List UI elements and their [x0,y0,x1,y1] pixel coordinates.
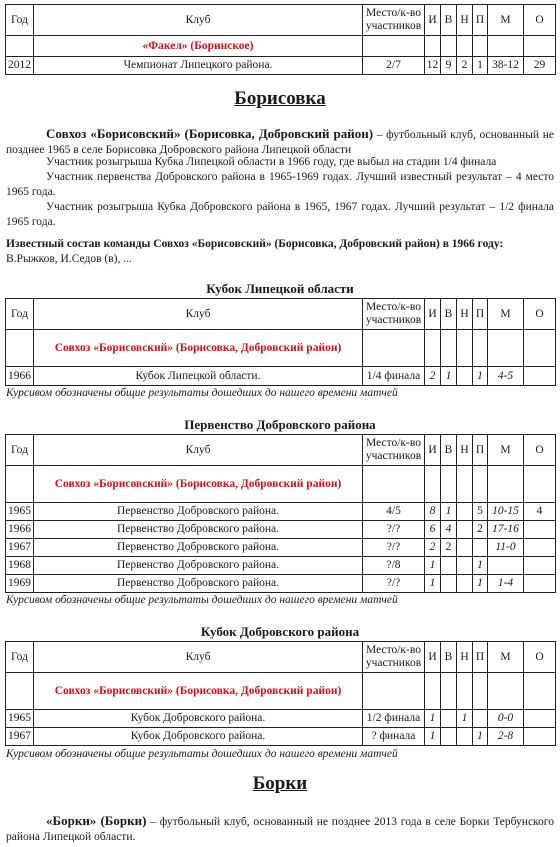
table-header-row: Год Клуб Место/к-воучастников И В Н П М … [6,642,556,673]
header-losses: П [473,5,488,36]
table-cup-lipetsk: Год Клуб Место/к-воучастников И В Н П М … [5,298,556,386]
club-name-row: «Факел» (Боринское) [6,36,556,57]
header-draws: Н [457,5,473,36]
table-row: 1969Первенство Добровского района.?/?111… [6,575,556,593]
table-row: 1966 Кубок Липецкой области. 1/4 финала … [6,367,556,386]
borki-intro: «Борки» (Борки) – футбольный клуб, основ… [6,813,554,845]
header-club: Клуб [34,5,363,36]
borisovka-squad: Известный состав команды Совхоз «Борисов… [6,237,554,267]
club-name: Совхоз «Борисовский» (Борисовка, Добровс… [34,466,363,503]
header-wins: В [441,5,457,36]
club-name-row: Совхоз «Борисовский» (Борисовка, Добровс… [6,673,556,710]
header-place: Место/к-воучастников [363,5,425,36]
table-title-champ-dobrovsky: Первенство Добровского района [0,417,560,433]
borisovka-para-cup-dobrovsky: Участник розыгрыша Кубка Добровского рай… [6,200,554,230]
table-champ-dobrovsky: Год Клуб Место/к-воучастников И В Н П М … [5,434,556,593]
club-name: «Факел» (Боринское) [34,36,363,57]
header-points: О [524,5,556,36]
table-row: 1967Кубок Добровского района.? финала112… [6,728,556,746]
table-row: 2012 Чемпионат Липецкого района. 2/7 12 … [6,57,556,75]
borisovka-para-championship: Участник первенства Добровского района в… [6,170,554,200]
header-goals: М [488,5,524,36]
table-row: 1968Первенство Добровского района.?/811 [6,557,556,575]
italic-note: Курсивом обозначены общие результаты дош… [6,748,398,760]
club-name-row: Совхоз «Борисовский» (Борисовка, Добровс… [6,466,556,503]
table-row: 1965Кубок Добровского района.1/2 финала1… [6,710,556,728]
borisovka-para-cup-lipetsk: Участник розыгрыша Кубка Липецкой област… [6,155,554,170]
section-title-borki: Борки [0,773,560,795]
table-cup-dobrovsky: Год Клуб Место/к-воучастников И В Н П М … [5,641,556,746]
header-year: Год [6,5,34,36]
header-games: И [425,5,441,36]
section-title-borisovka: Борисовка [0,88,560,110]
borisovka-intro: Совхоз «Борисовский» (Борисовка, Добровс… [6,126,554,158]
table-row: 1966Первенство Добровского района.?/?642… [6,521,556,539]
italic-note: Курсивом обозначены общие результаты дош… [6,594,398,606]
table-title-cup-lipetsk: Кубок Липецкой области [0,281,560,297]
club-name-row: Совхоз «Борисовский» (Борисовка, Добровс… [6,330,556,367]
italic-note: Курсивом обозначены общие результаты дош… [6,387,398,399]
club-name: Совхоз «Борисовский» (Борисовка, Добровс… [34,673,363,710]
table-row: 1965Первенство Добровского района.4/5815… [6,503,556,521]
table-header-row: Год Клуб Место/к-воучастников И В Н П М … [6,5,556,36]
club-name: Совхоз «Борисовский» (Борисовка, Добровс… [34,330,363,367]
table-row: 1967Первенство Добровского района.?/?221… [6,539,556,557]
table-title-cup-dobrovsky: Кубок Добровского района [0,624,560,640]
table-header-row: Год Клуб Место/к-воучастников И В Н П М … [6,435,556,466]
table-fakel: Год Клуб Место/к-воучастников И В Н П М … [5,4,556,75]
table-header-row: Год Клуб Место/к-воучастников И В Н П М … [6,299,556,330]
